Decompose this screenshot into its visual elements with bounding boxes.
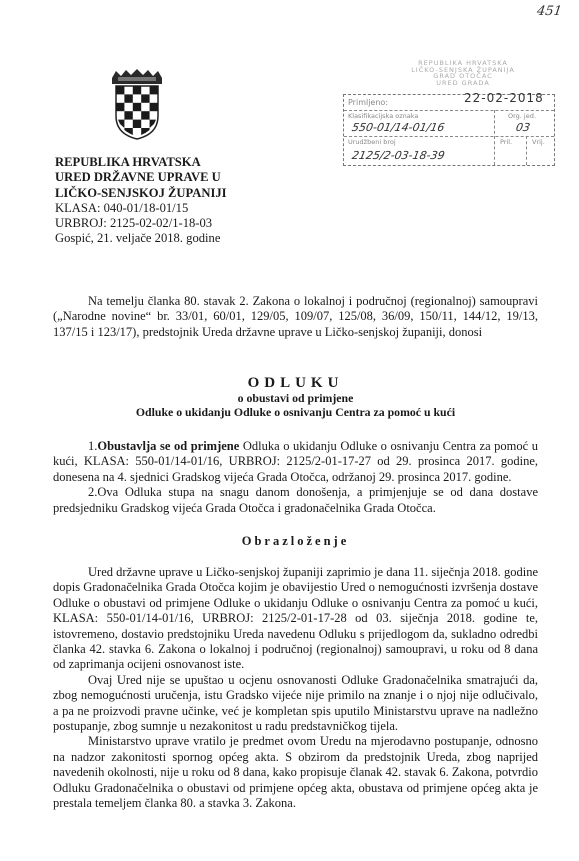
reasoning-heading: Obrazloženje	[53, 534, 538, 549]
page-number: 451	[536, 4, 563, 19]
stamp-org-unit-label: Org. jed.	[508, 112, 536, 120]
decision-title-main: ODLUKU	[53, 376, 538, 391]
stamp-reg-number-label: Urudžbeni broj	[348, 138, 396, 146]
croatian-coat-of-arms-icon	[110, 68, 164, 140]
header-country: REPUBLIKA HRVATSKA	[55, 155, 227, 170]
stamp-pril-label: Pril.	[500, 138, 512, 146]
stamp-class-label: Klasifikacijska oznaka	[348, 112, 418, 120]
reasoning-body: Ured državne uprave u Ličko-senjskoj žup…	[53, 565, 538, 812]
header-klasa: KLASA: 040-01/18-01/15	[55, 201, 227, 216]
stamp-vrij-label: Vrij.	[532, 138, 545, 146]
decision-point-1: 1.Obustavlja se od primjene Odluka o uki…	[53, 439, 538, 485]
header-urbroj: URBROJ: 2125-02-02/1-18-03	[55, 216, 227, 231]
stamp-received-label: Primljeno:	[348, 98, 388, 107]
header-county: LIČKO-SENJSKOJ ŽUPANIJI	[55, 186, 227, 201]
decision-points: 1.Obustavlja se od primjene Odluka o uki…	[53, 439, 538, 516]
registry-stamp: Primljeno: 22-02-2018 Klasifikacijska oz…	[343, 94, 555, 166]
reasoning-paragraph-2: Ovaj Ured nije se upuštao u ocjenu osnov…	[53, 673, 538, 735]
decision-title: ODLUKU o obustavi od primjene Odluke o u…	[53, 376, 538, 419]
decision-point-2: 2.Ova Odluka stupa na snagu danom donoše…	[53, 485, 538, 516]
issuer-header: REPUBLIKA HRVATSKA URED DRŽAVNE UPRAVE U…	[55, 155, 227, 247]
decision-subtitle-2: Odluke o ukidanju Odluke o osnivanju Cen…	[53, 405, 538, 419]
decision-subtitle-1: o obustavi od primjene	[53, 391, 538, 405]
reasoning-paragraph-3: Ministarstvo uprave vratilo je predmet o…	[53, 734, 538, 811]
stamp-reg-number-value: 2125/2-03-18-39	[351, 149, 446, 162]
stamp-org-unit-value: 03	[515, 121, 531, 134]
header-place-date: Gospić, 21. veljače 2018. godine	[55, 231, 227, 246]
stamp-received-date: 22-02-2018	[464, 91, 544, 105]
intro-paragraph: Na temelju članka 80. stavak 2. Zakona o…	[53, 294, 538, 340]
stamp-class-value: 550-01/14-01/16	[351, 121, 446, 134]
stamp-heading: REPUBLIKA HRVATSKA LIČKO-SENJSKA ŽUPANIJ…	[378, 60, 548, 86]
header-office: URED DRŽAVNE UPRAVE U	[55, 170, 227, 185]
reasoning-paragraph-1: Ured državne uprave u Ličko-senjskoj žup…	[53, 565, 538, 673]
